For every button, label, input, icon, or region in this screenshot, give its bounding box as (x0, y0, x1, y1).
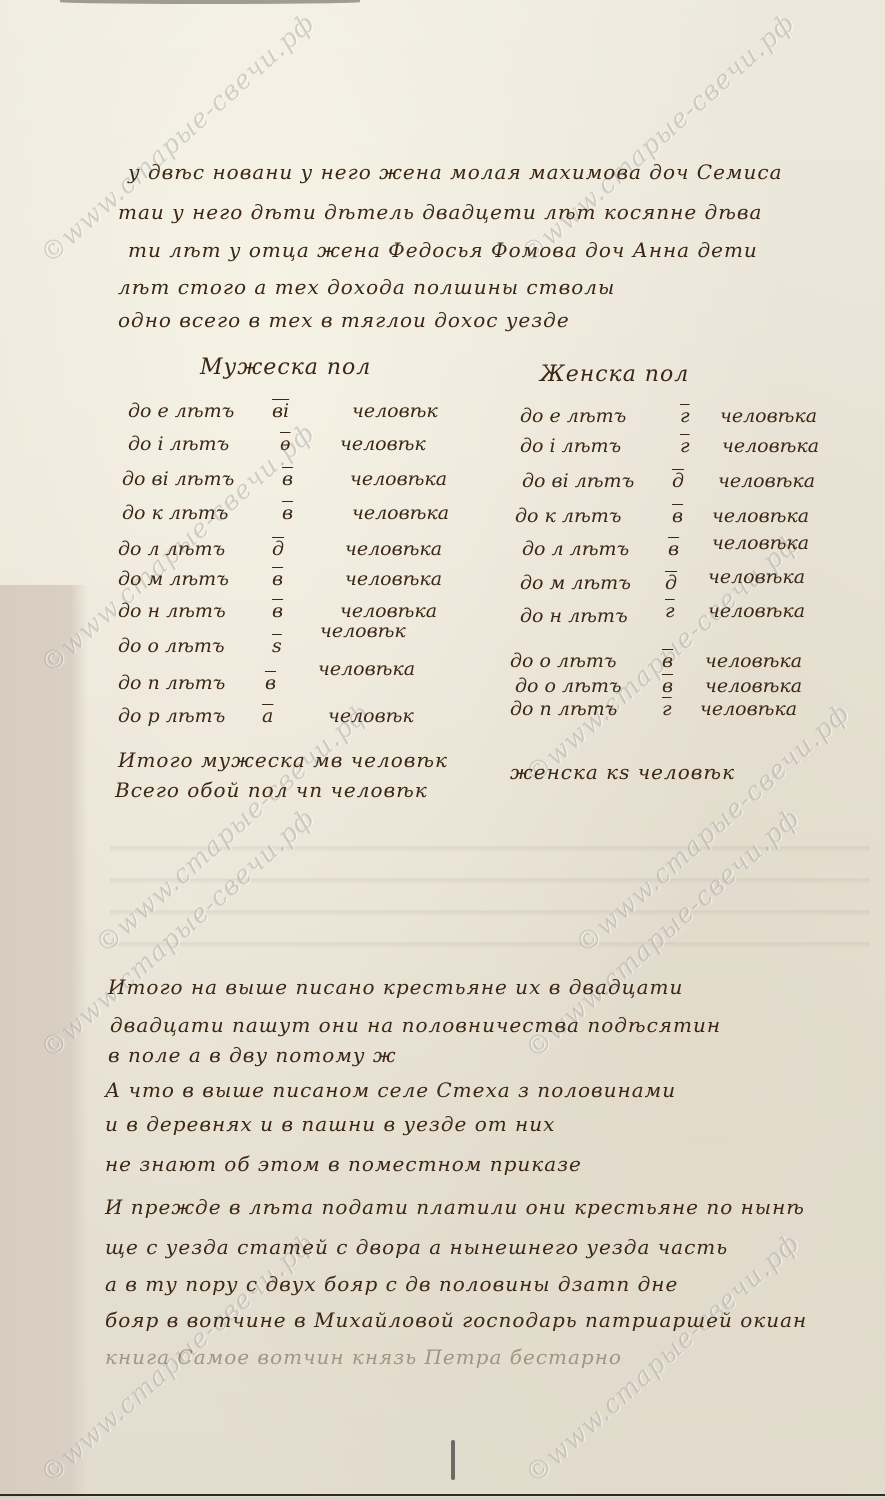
body-line: ще с уезда статей с двора а нынешнего уе… (105, 1235, 728, 1259)
age-cell: до ві лѣтъ (522, 470, 634, 492)
male-total: Итого мужеска мв человѣк (118, 748, 448, 772)
count-cell: д (665, 572, 677, 594)
count-cell: ѕ (272, 635, 282, 657)
age-cell: до о лѣтъ (510, 650, 617, 672)
unit-cell: человѣка (350, 468, 447, 490)
body-line: в поле а в дву потому ж (108, 1043, 397, 1067)
age-cell: до і лѣтъ (128, 433, 229, 455)
unit-cell: человѣка (700, 698, 797, 720)
unit-cell: человѣк (320, 620, 406, 642)
unit-cell: человѣка (708, 600, 805, 622)
intro-line: одно всего в тех в тяглои дохос уезде (118, 308, 570, 332)
count-cell: в (662, 675, 673, 697)
count-cell: в (282, 502, 293, 524)
grand-total: Всего обой пол чп человѣк (115, 778, 428, 802)
unit-cell: человѣка (345, 568, 442, 590)
body-line: двадцати пашут они на половничества подѣ… (110, 1013, 721, 1037)
unit-cell: человѣка (712, 532, 809, 554)
age-cell: до е лѣтъ (128, 400, 234, 422)
unit-cell: человѣка (712, 505, 809, 527)
male-table-title: Мужеска пол (200, 355, 371, 380)
count-cell: г (680, 435, 690, 457)
unit-cell: человѣка (318, 658, 415, 680)
count-cell: г (680, 405, 690, 427)
unit-cell: человѣк (328, 705, 414, 727)
body-line: а в ту пору с двух бояр с дв половины дз… (105, 1272, 678, 1296)
unit-cell: человѣка (718, 470, 815, 492)
unit-cell: человѣк (340, 433, 426, 455)
count-cell: ві (272, 400, 289, 422)
age-cell: до л лѣтъ (522, 538, 629, 560)
count-cell: а (262, 705, 273, 727)
count-cell: в (282, 468, 293, 490)
page-bottom-edge (0, 1494, 885, 1496)
age-cell: до п лѣтъ (118, 672, 225, 694)
age-cell: до к лѣтъ (515, 505, 621, 527)
body-line: Итого на выше писано крестьяне их в двад… (108, 975, 683, 999)
body-line: А что в выше писаном селе Стеха з полови… (105, 1078, 676, 1102)
age-cell: до ві лѣтъ (122, 468, 234, 490)
body-line: бояр в вотчине в Михайловой господарь па… (105, 1308, 807, 1332)
age-cell: до м лѣтъ (118, 568, 229, 590)
count-cell: д (672, 470, 684, 492)
unit-cell: человѣка (352, 502, 449, 524)
unit-cell: человѣка (720, 405, 817, 427)
unit-cell: человѣка (722, 435, 819, 457)
female-total: женска кѕ человѣк (510, 760, 735, 784)
intro-line: таи у него дѣти дѣтель двадцети лѣт кося… (118, 200, 762, 224)
unit-cell: человѣка (705, 675, 802, 697)
count-cell: г (665, 600, 675, 622)
body-line: и в деревнях и в пашни в уезде от них (105, 1112, 555, 1136)
body-line: И прежде в лѣта подати платили они крест… (105, 1195, 805, 1219)
age-cell: до р лѣтъ (118, 705, 225, 727)
age-cell: до е лѣтъ (520, 405, 626, 427)
body-line-faded: книга Самое вотчин князь Петра бестарно (105, 1345, 622, 1369)
count-cell: в (672, 505, 683, 527)
female-table-title: Женска пол (540, 362, 689, 387)
age-cell: до о лѣтъ (118, 635, 225, 657)
unit-cell: человѣка (708, 566, 805, 588)
age-cell: до і лѣтъ (520, 435, 621, 457)
count-cell: ѳ (280, 433, 291, 455)
count-cell: в (265, 672, 276, 694)
unit-cell: человѣка (340, 600, 437, 622)
ink-mark (451, 1440, 455, 1480)
intro-line: у двѣс новани у него жена молая махимова… (128, 160, 783, 184)
count-cell: в (668, 538, 679, 560)
top-edge-shadow (60, 0, 360, 4)
age-cell: до л лѣтъ (118, 538, 225, 560)
age-cell: до к лѣтъ (122, 502, 228, 524)
unit-cell: человѣк (352, 400, 438, 422)
count-cell: г (662, 698, 672, 720)
count-cell: в (662, 650, 673, 672)
age-cell: до м лѣтъ (520, 572, 631, 594)
age-cell: до п лѣтъ (510, 698, 617, 720)
count-cell: в (272, 600, 283, 622)
age-cell: до о лѣтъ (515, 675, 622, 697)
count-cell: в (272, 568, 283, 590)
intro-line: лѣт стого а тех дохода полшины стволы (118, 275, 615, 299)
unit-cell: человѣка (705, 650, 802, 672)
age-cell: до н лѣтъ (118, 600, 226, 622)
unit-cell: человѣка (345, 538, 442, 560)
age-cell: до н лѣтъ (520, 605, 628, 627)
count-cell: д (272, 538, 284, 560)
body-line: не знают об этом в поместном приказе (105, 1152, 582, 1176)
intro-line: ти лѣт у отца жена Федосья Фомова доч Ан… (128, 238, 758, 262)
